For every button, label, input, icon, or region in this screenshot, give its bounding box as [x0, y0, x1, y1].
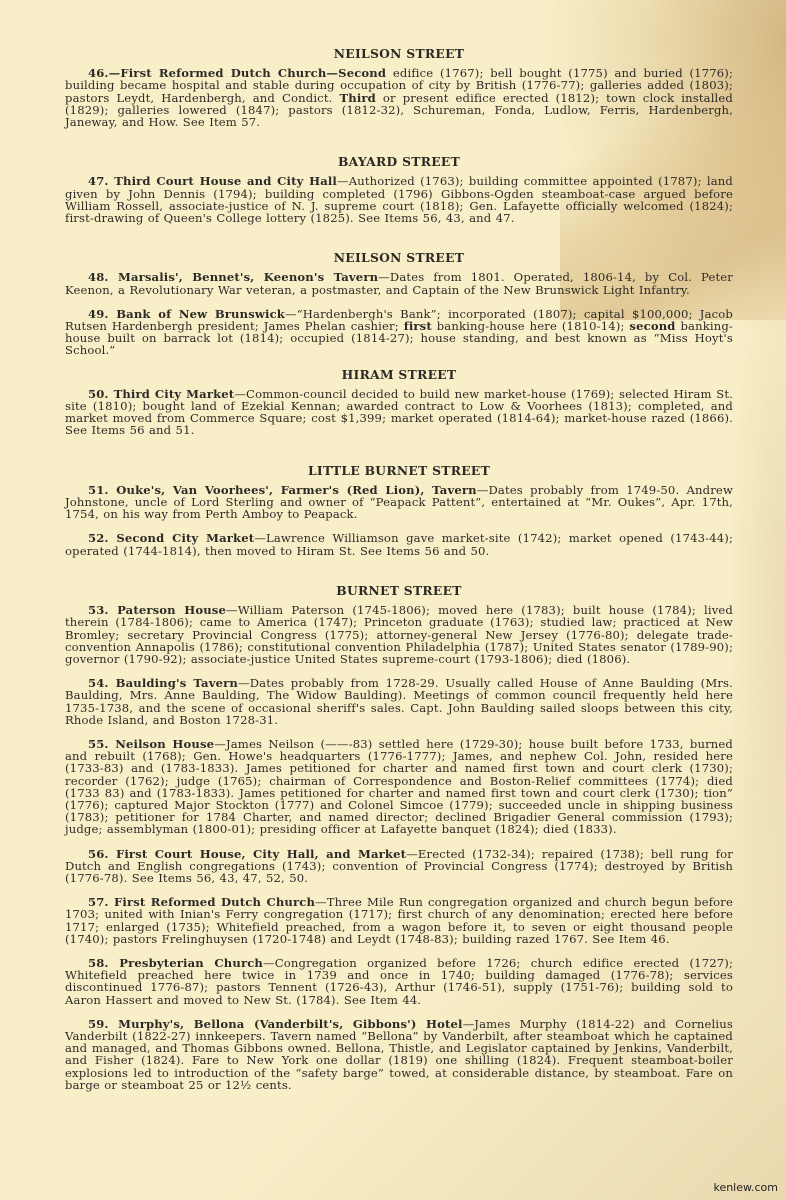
- watermark: kenlew.com: [713, 1181, 778, 1194]
- entry-57: 57. First Reformed Dutch Church—Three Mi…: [65, 896, 733, 945]
- entry-55: 55. Neilson House—James Neilson (——-83) …: [65, 738, 733, 836]
- entry-59: 59. Murphy's, Bellona (Vanderbilt's, Gib…: [65, 1018, 733, 1091]
- section-heading: LITTLE BURNET STREET: [65, 465, 733, 477]
- entry-49: 49. Bank of New Brunswick—“Hardenbergh's…: [65, 308, 733, 357]
- section-heading: HIRAM STREET: [65, 369, 733, 381]
- entry-54: 54. Baulding's Tavern—Dates probably fro…: [65, 677, 733, 726]
- section-heading: NEILSON STREET: [65, 252, 733, 264]
- entry-text: —James Murphy (1814-22) and Cornelius Va…: [65, 1017, 733, 1092]
- entry-52: 52. Second City Market—Lawrence Williams…: [65, 532, 733, 556]
- section-heading: BURNET STREET: [65, 585, 733, 597]
- entry-46: 46.—First Reformed Dutch Church—Second e…: [65, 67, 733, 128]
- entry-51: 51. Ouke's, Van Voorhees', Farmer's (Red…: [65, 484, 733, 521]
- entry-53: 53. Paterson House—William Paterson (174…: [65, 604, 733, 665]
- entry-56: 56. First Court House, City Hall, and Ma…: [65, 848, 733, 885]
- document-body: NEILSON STREET 46.—First Reformed Dutch …: [65, 48, 733, 1091]
- entry-text: —James Neilson (——-83) settled here (172…: [65, 737, 733, 836]
- entry-58: 58. Presbyterian Church—Congregation org…: [65, 957, 733, 1006]
- entry-48: 48. Marsalis', Bennet's, Keenon's Tavern…: [65, 271, 733, 295]
- entry-47: 47. Third Court House and City Hall—Auth…: [65, 175, 733, 224]
- section-heading: NEILSON STREET: [65, 48, 733, 60]
- section-heading: BAYARD STREET: [65, 156, 733, 168]
- entry-50: 50. Third City Market—Common-council dec…: [65, 388, 733, 437]
